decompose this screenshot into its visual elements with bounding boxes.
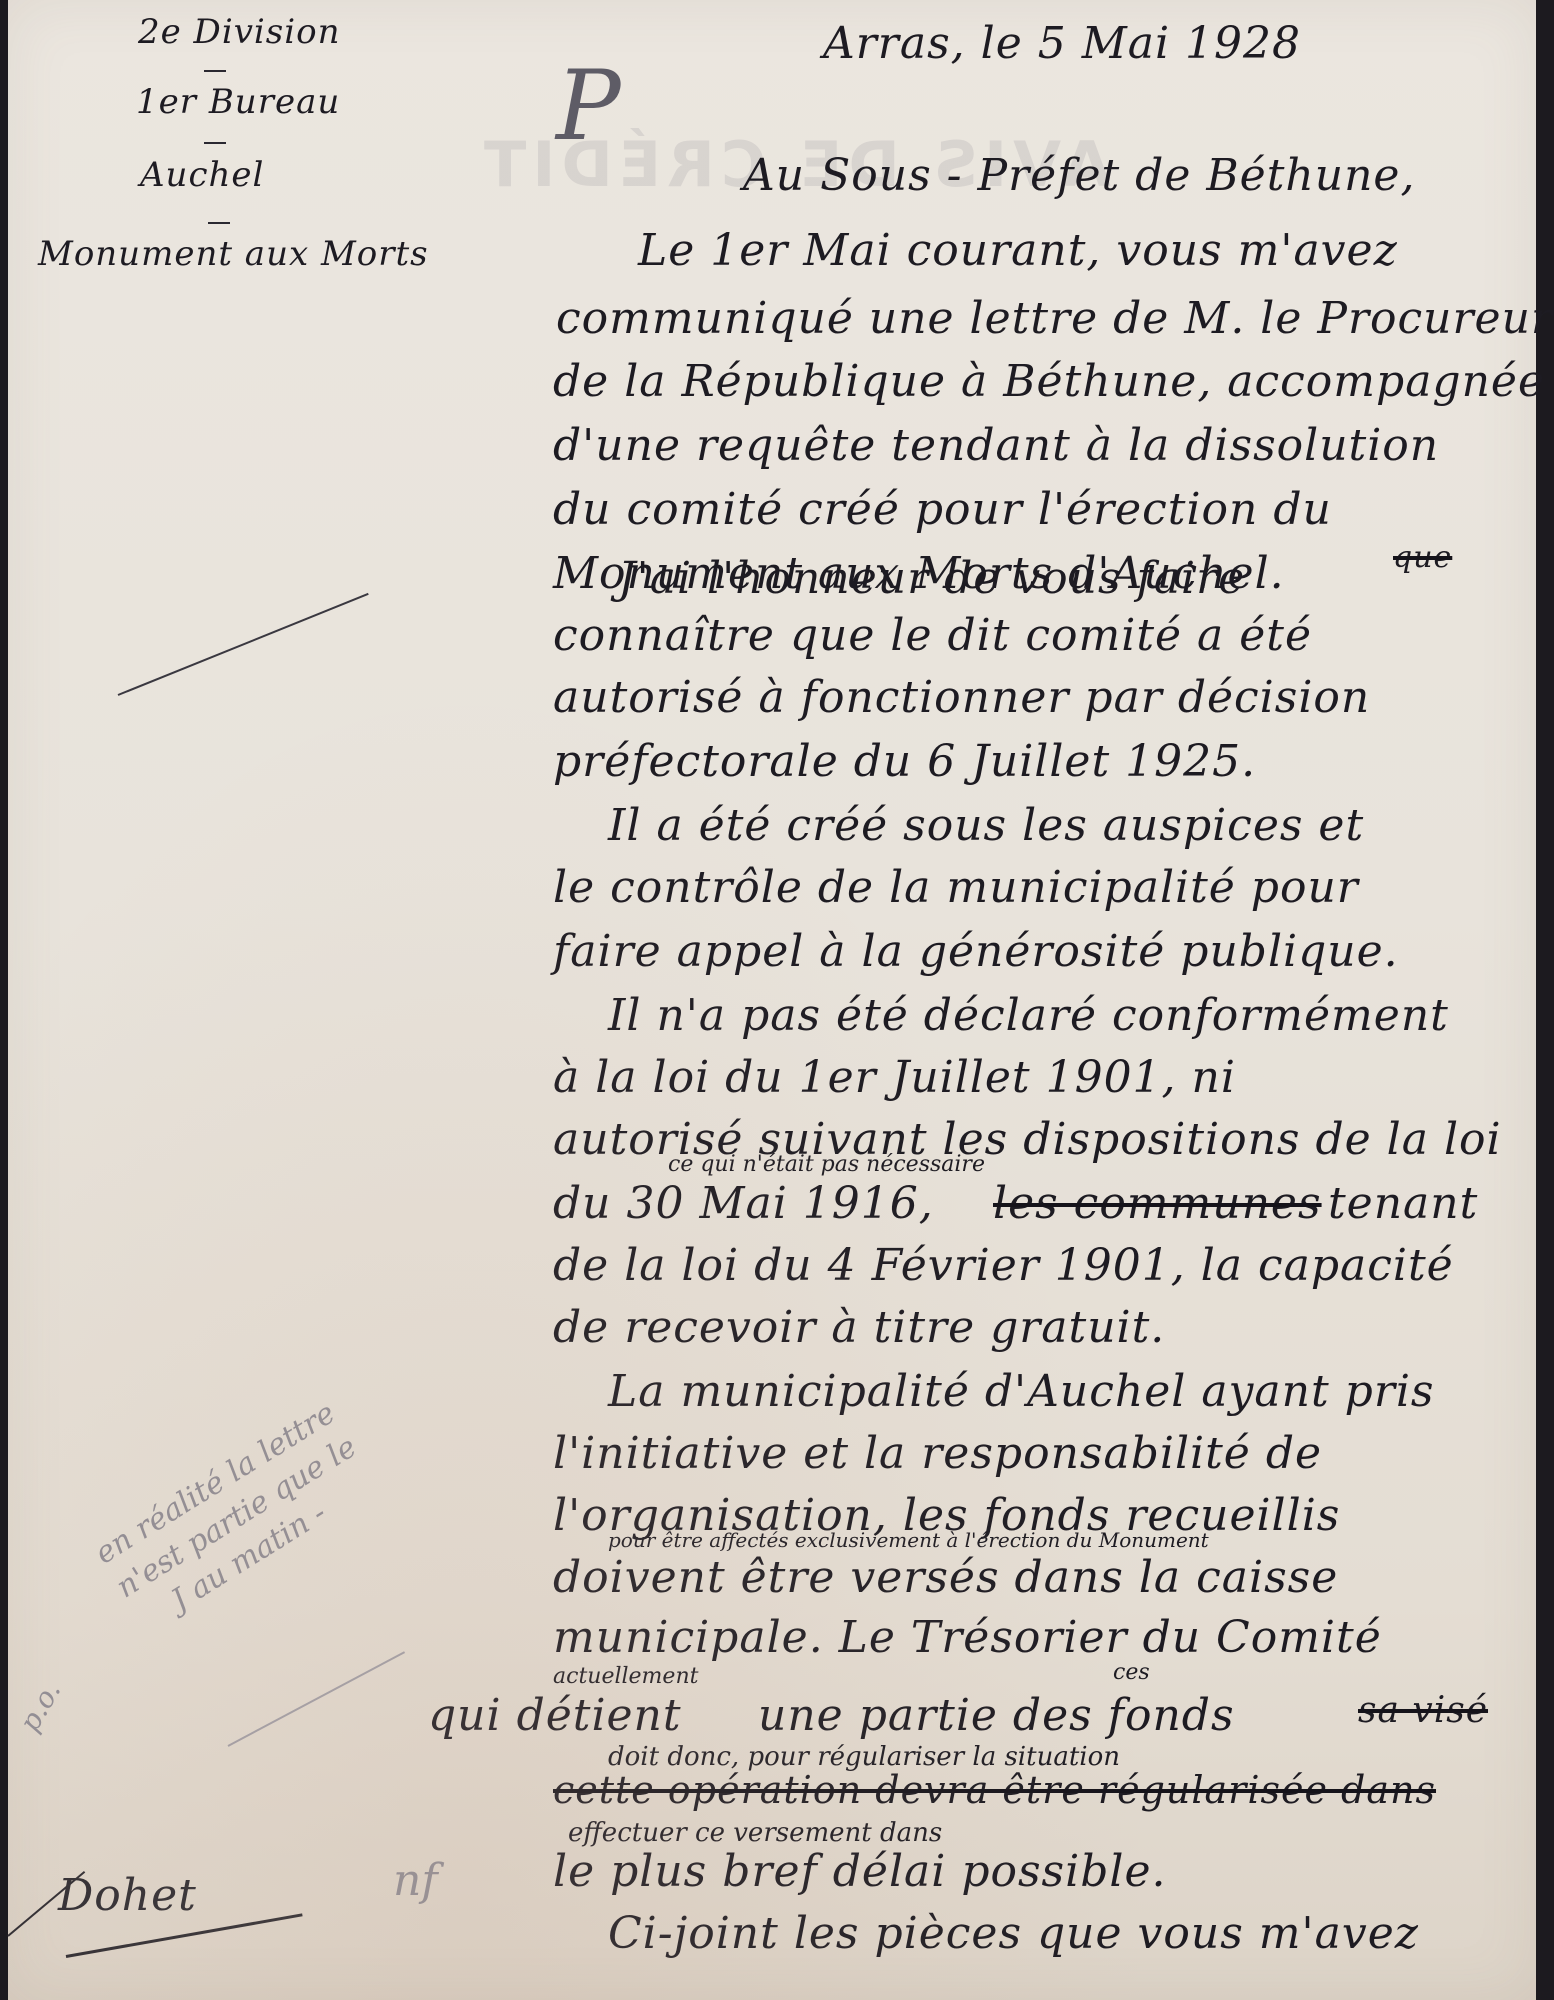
- document-page: AVIS DE CRÉDIT 2e Division 1er Bureau Au…: [8, 0, 1536, 2000]
- body-line: une partie des fonds: [758, 1690, 1235, 1741]
- place-date: Arras, le 5 Mai 1928: [823, 18, 1301, 69]
- body-line: du comité créé pour l'érection du: [553, 484, 1332, 535]
- struck-line: cette opération devra être régularisée d…: [553, 1768, 1436, 1812]
- pencil-margin-scribble: p.o.: [13, 1676, 68, 1738]
- body-line: de recevoir à titre gratuit.: [553, 1302, 1165, 1353]
- body-line: préfectorale du 6 Juillet 1925.: [553, 736, 1256, 787]
- insertion-text: actuellement: [553, 1664, 698, 1689]
- body-line: l'initiative et la responsabilité de: [553, 1428, 1322, 1479]
- body-line: La municipalité d'Auchel ayant pris: [608, 1366, 1435, 1417]
- body-line: communiqué une lettre de M. le Procureur: [556, 293, 1553, 344]
- body-line: de la République à Béthune, accompagnée: [553, 356, 1545, 407]
- margin-bureau: 1er Bureau: [136, 82, 340, 122]
- body-line: le contrôle de la municipalité pour: [553, 862, 1359, 913]
- body-line: municipale. Le Trésorier du Comité: [553, 1612, 1382, 1663]
- body-line: doivent être versés dans la caisse: [553, 1552, 1338, 1603]
- addressee: Au Sous - Préfet de Béthune,: [743, 150, 1415, 201]
- body-line: Ci-joint les pièces que vous m'avez: [608, 1908, 1419, 1959]
- body-line: Il a été créé sous les auspices et: [608, 800, 1364, 851]
- body-line: de la loi du 4 Février 1901, la capacité: [553, 1240, 1454, 1291]
- margin-divider: [204, 142, 226, 144]
- body-line: d'une requête tendant à la dissolution: [553, 420, 1439, 471]
- body-line: à la loi du 1er Juillet 1901, ni: [553, 1052, 1236, 1103]
- body-line: Il n'a pas été déclaré conformément: [608, 990, 1449, 1041]
- struck-words: les communes: [993, 1178, 1322, 1229]
- margin-commune: Auchel: [140, 155, 264, 195]
- body-line: autorisé à fonctionner par décision: [553, 672, 1370, 723]
- margin-divider: [204, 70, 226, 72]
- body-line: connaître que le dit comité a été: [553, 610, 1312, 661]
- insertion-text: pour être affectés exclusivement à l'ére…: [608, 1528, 1209, 1552]
- margin-pen-stroke: [118, 593, 369, 696]
- body-line: tenant: [1328, 1178, 1478, 1229]
- insertion-text: ces: [1113, 1660, 1150, 1685]
- pencil-note: en réalité la lettre n'est partie que le…: [88, 1394, 386, 1642]
- body-line: faire appel à la générosité publique.: [553, 926, 1399, 977]
- struck-word: que: [1393, 540, 1452, 575]
- margin-division: 2e Division: [138, 12, 340, 52]
- margin-divider: [208, 222, 230, 224]
- body-line: qui détient: [428, 1690, 682, 1741]
- pencil-curve-stroke: [228, 1651, 406, 1747]
- body-line: du 30 Mai 1916,: [553, 1178, 934, 1229]
- struck-words: sa visé: [1358, 1690, 1488, 1731]
- pencil-initials: nf: [393, 1855, 438, 1906]
- margin-subject: Monument aux Morts: [38, 234, 429, 274]
- pencil-initial-mark: P: [556, 50, 621, 162]
- body-line: le plus bref délai possible.: [553, 1846, 1166, 1897]
- body-line: Le 1er Mai courant, vous m'avez: [638, 225, 1398, 276]
- body-line: J'ai l'honneur de vous faire: [618, 553, 1245, 604]
- insertion-text: effectuer ce versement dans: [568, 1818, 942, 1848]
- insertion-text: ce qui n'était pas nécessaire: [668, 1152, 985, 1177]
